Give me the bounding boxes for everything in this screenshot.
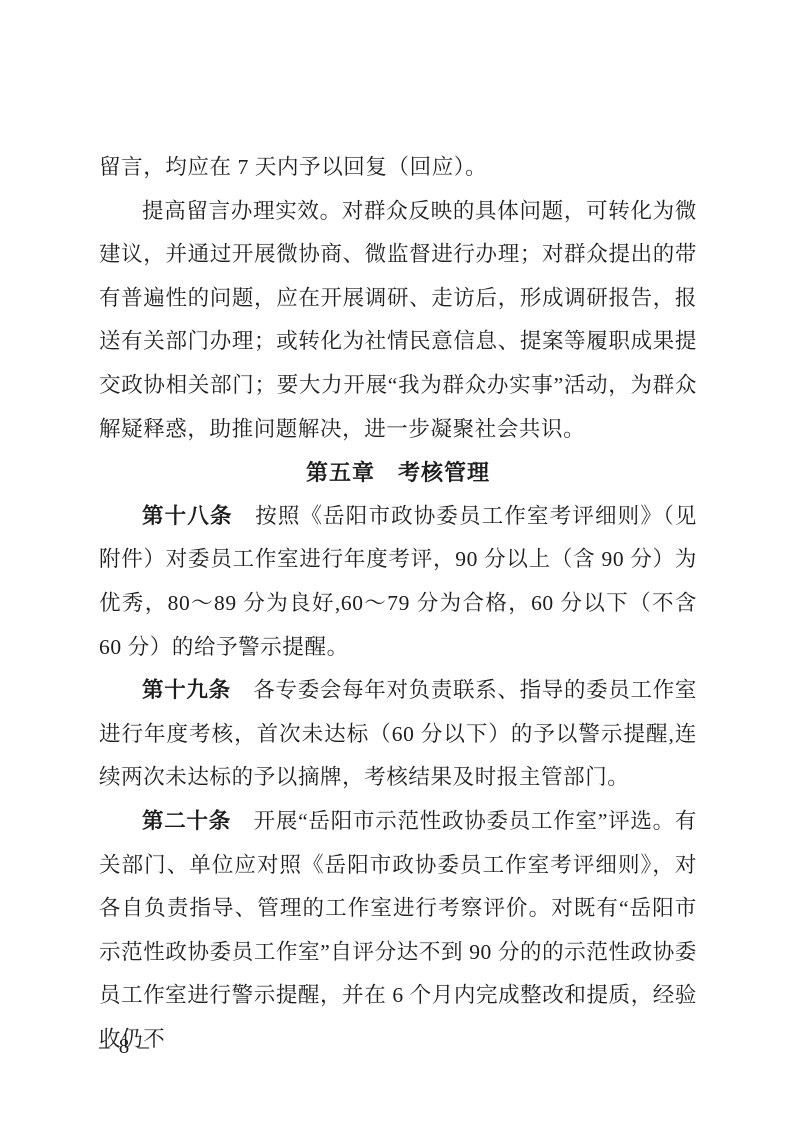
document-page: 留言，均应在 7 天内予以回复（回应）。 提高留言办理实效。对群众反映的具体问题… bbox=[0, 0, 793, 1122]
chapter-heading: 第五章 考核管理 bbox=[99, 451, 697, 495]
article-20-label: 第二十条 bbox=[142, 809, 231, 833]
article-18-label: 第十八条 bbox=[142, 504, 233, 528]
article-20-text: 开展“岳阳市示范性政协委员工作室”评选。有关部门、单位应对照《岳阳市政协委员工作… bbox=[99, 809, 697, 1051]
article-18: 第十八条按照《岳阳市政协委员工作室考评细则》（见附件）对委员工作室进行年度考评，… bbox=[99, 495, 697, 669]
page-number: – 8 – bbox=[99, 1034, 151, 1059]
document-body: 留言，均应在 7 天内予以回复（回应）。 提高留言办理实效。对群众反映的具体问题… bbox=[99, 146, 697, 1061]
paragraph-continuation: 留言，均应在 7 天内予以回复（回应）。 bbox=[99, 146, 697, 190]
article-19: 第十九条各专委会每年对负责联系、指导的委员工作室进行年度考核，首次未达标（60 … bbox=[99, 669, 697, 800]
article-19-label: 第十九条 bbox=[142, 678, 231, 702]
article-20: 第二十条开展“岳阳市示范性政协委员工作室”评选。有关部门、单位应对照《岳阳市政协… bbox=[99, 800, 697, 1062]
paragraph-improve-handling: 提高留言办理实效。对群众反映的具体问题，可转化为微建议，并通过开展微协商、微监督… bbox=[99, 190, 697, 452]
